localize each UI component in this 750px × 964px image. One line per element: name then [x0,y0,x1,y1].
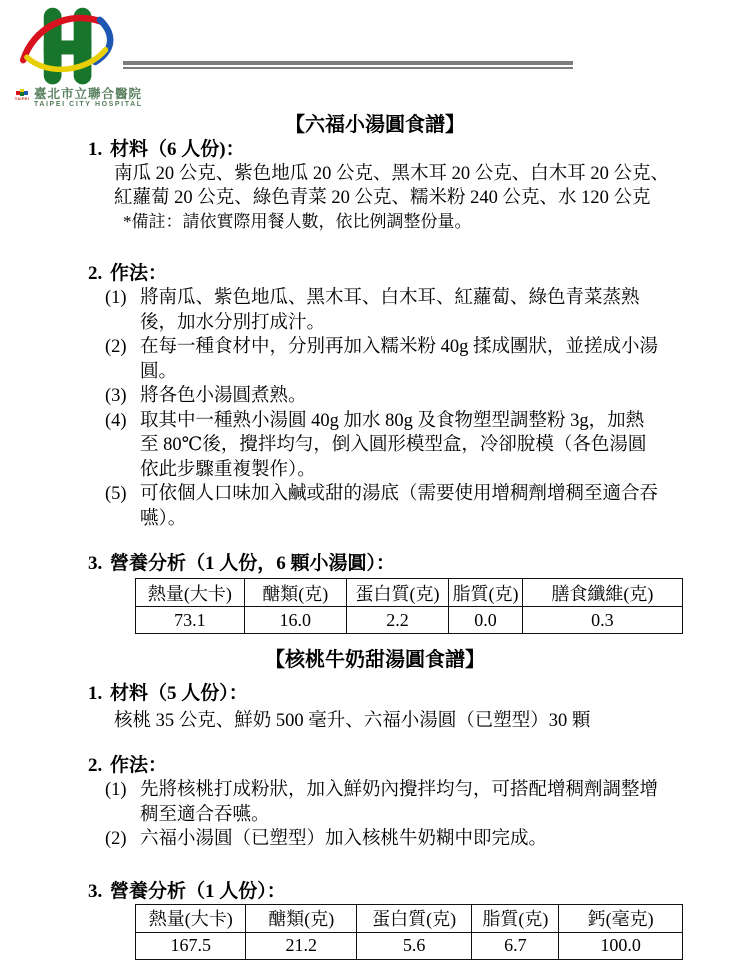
table-value-cell: 16.0 [244,607,346,634]
table-header-cell: 蛋白質(克) [346,579,449,607]
document-body: 【六福小湯圓食譜】 1. 材料（6 人份)： 南瓜 20 公克、紫色地瓜 20 … [0,0,750,960]
step-number: (4) [105,409,140,483]
recipe2-step-2: (2) 六福小湯圓（已塑型）加入核桃牛奶糊中即完成。 [105,827,662,852]
heading-number: 1. [88,138,110,162]
step-number: (2) [105,335,140,384]
recipe2-nutrition-table: 熱量(大卡) 醣類(克) 蛋白質(克) 脂質(克) 鈣(毫克) 167.5 21… [135,904,683,960]
recipe1-title: 【六福小湯圓食譜】 [0,112,750,138]
table-value-cell: 73.1 [136,607,245,634]
recipe1-method-heading: 2. 作法： [88,262,750,286]
heading-number: 3. [88,551,110,577]
step-text: 可依個人口味加入鹹或甜的湯底（需要使用增稠劑增稠至適合吞嚥）。 [140,482,662,531]
recipe2-materials-heading: 1. 材料（5 人份）： [88,682,750,706]
table-value-cell: 100.0 [559,932,683,959]
recipe1-step-5: (5) 可依個人口味加入鹹或甜的湯底（需要使用增稠劑增稠至適合吞嚥）。 [105,482,662,531]
heading-number: 2. [88,754,110,778]
table-value-row: 73.1 16.0 2.2 0.0 0.3 [136,607,683,634]
recipe1-step-3: (3) 將各色小湯圓煮熟。 [105,384,662,409]
table-header-cell: 蛋白質(克) [356,904,471,932]
table-header-cell: 醣類(克) [246,904,356,932]
heading-text: 作法： [110,262,167,286]
table-header-cell: 醣類(克) [244,579,346,607]
heading-text: 材料（5 人份）： [110,682,248,706]
step-number: (5) [105,482,140,531]
recipe-document-page: TAIPEI 臺北市立聯合醫院 TAIPEI CITY HOSPITAL 【六福… [0,0,750,964]
step-number: (1) [105,778,140,827]
table-header-row: 熱量(大卡) 醣類(克) 蛋白質(克) 脂質(克) 膳食纖維(克) [136,579,683,607]
table-value-cell: 2.2 [346,607,449,634]
table-header-cell: 熱量(大卡) [136,579,245,607]
heading-number: 1. [88,682,110,706]
recipe2-step-1: (1) 先將核桃打成粉狀，加入鮮奶內攪拌均勻，可搭配增稠劑調整增稠至適合吞嚥。 [105,778,662,827]
heading-text: 營養分析（1 人份）： [110,881,286,903]
heading-number: 2. [88,262,110,286]
recipe1-nutrition-table: 熱量(大卡) 醣類(克) 蛋白質(克) 脂質(克) 膳食纖維(克) 73.1 1… [135,578,683,634]
heading-text: 材料（6 人份)： [110,138,245,162]
recipe1-step-1: (1) 將南瓜、紫色地瓜、黑木耳、白木耳、紅蘿蔔、綠色青菜蒸熟後，加水分別打成汁… [105,286,662,335]
step-text: 取其中一種熟小湯圓 40g 加水 80g 及食物塑型調整粉 3g，加熱至 80℃… [140,409,662,483]
table-value-cell: 5.6 [356,932,471,959]
table-header-cell: 熱量(大卡) [136,904,246,932]
recipe2-nutrition-heading: 3. 營養分析（1 人份）： [88,881,750,903]
table-value-cell: 0.0 [449,607,522,634]
table-header-row: 熱量(大卡) 醣類(克) 蛋白質(克) 脂質(克) 鈣(毫克) [136,904,683,932]
table-value-row: 167.5 21.2 5.6 6.7 100.0 [136,932,683,959]
table-header-cell: 脂質(克) [472,904,559,932]
step-number: (1) [105,286,140,335]
recipe1-note: *備註：請依實際用餐人數，依比例調整份量。 [123,210,750,234]
step-text: 先將核桃打成粉狀，加入鮮奶內攪拌均勻，可搭配增稠劑調整增稠至適合吞嚥。 [140,778,662,827]
step-text: 將各色小湯圓煮熟。 [140,384,662,409]
table-header-cell: 膳食纖維(克) [522,579,682,607]
recipe1-ingredients-line-2: 紅蘿蔔 20 公克、綠色青菜 20 公克、糯米粉 240 公克、水 120 公克 [114,186,750,210]
recipe1-nutrition-heading: 3. 營養分析（1 人份，6 顆小湯圓）： [88,551,750,577]
heading-text: 作法： [110,754,167,778]
step-text: 在每一種食材中，分別再加入糯米粉 40g 揉成團狀，並搓成小湯圓。 [140,335,662,384]
recipe2-ingredients-line-1: 核桃 35 公克、鮮奶 500 毫升、六福小湯圓（已塑型）30 顆 [114,709,750,733]
heading-text: 營養分析（1 人份，6 顆小湯圓）： [110,551,395,577]
table-header-cell: 鈣(毫克) [559,904,683,932]
recipe1-step-2: (2) 在每一種食材中，分別再加入糯米粉 40g 揉成團狀，並搓成小湯圓。 [105,335,662,384]
step-text: 將南瓜、紫色地瓜、黑木耳、白木耳、紅蘿蔔、綠色青菜蒸熟後，加水分別打成汁。 [140,286,662,335]
table-header-cell: 脂質(克) [449,579,522,607]
recipe2-title: 【核桃牛奶甜湯圓食譜】 [0,647,750,673]
recipe1-materials-heading: 1. 材料（6 人份)： [88,138,750,162]
table-value-cell: 6.7 [472,932,559,959]
step-number: (2) [105,827,140,852]
table-value-cell: 21.2 [246,932,356,959]
step-text: 六福小湯圓（已塑型）加入核桃牛奶糊中即完成。 [140,827,662,852]
step-number: (3) [105,384,140,409]
table-value-cell: 167.5 [136,932,246,959]
recipe1-ingredients-line-1: 南瓜 20 公克、紫色地瓜 20 公克、黑木耳 20 公克、白木耳 20 公克、 [114,162,750,186]
recipe2-method-heading: 2. 作法： [88,754,750,778]
recipe1-step-4: (4) 取其中一種熟小湯圓 40g 加水 80g 及食物塑型調整粉 3g，加熱至… [105,409,662,483]
heading-number: 3. [88,881,110,903]
table-value-cell: 0.3 [522,607,682,634]
